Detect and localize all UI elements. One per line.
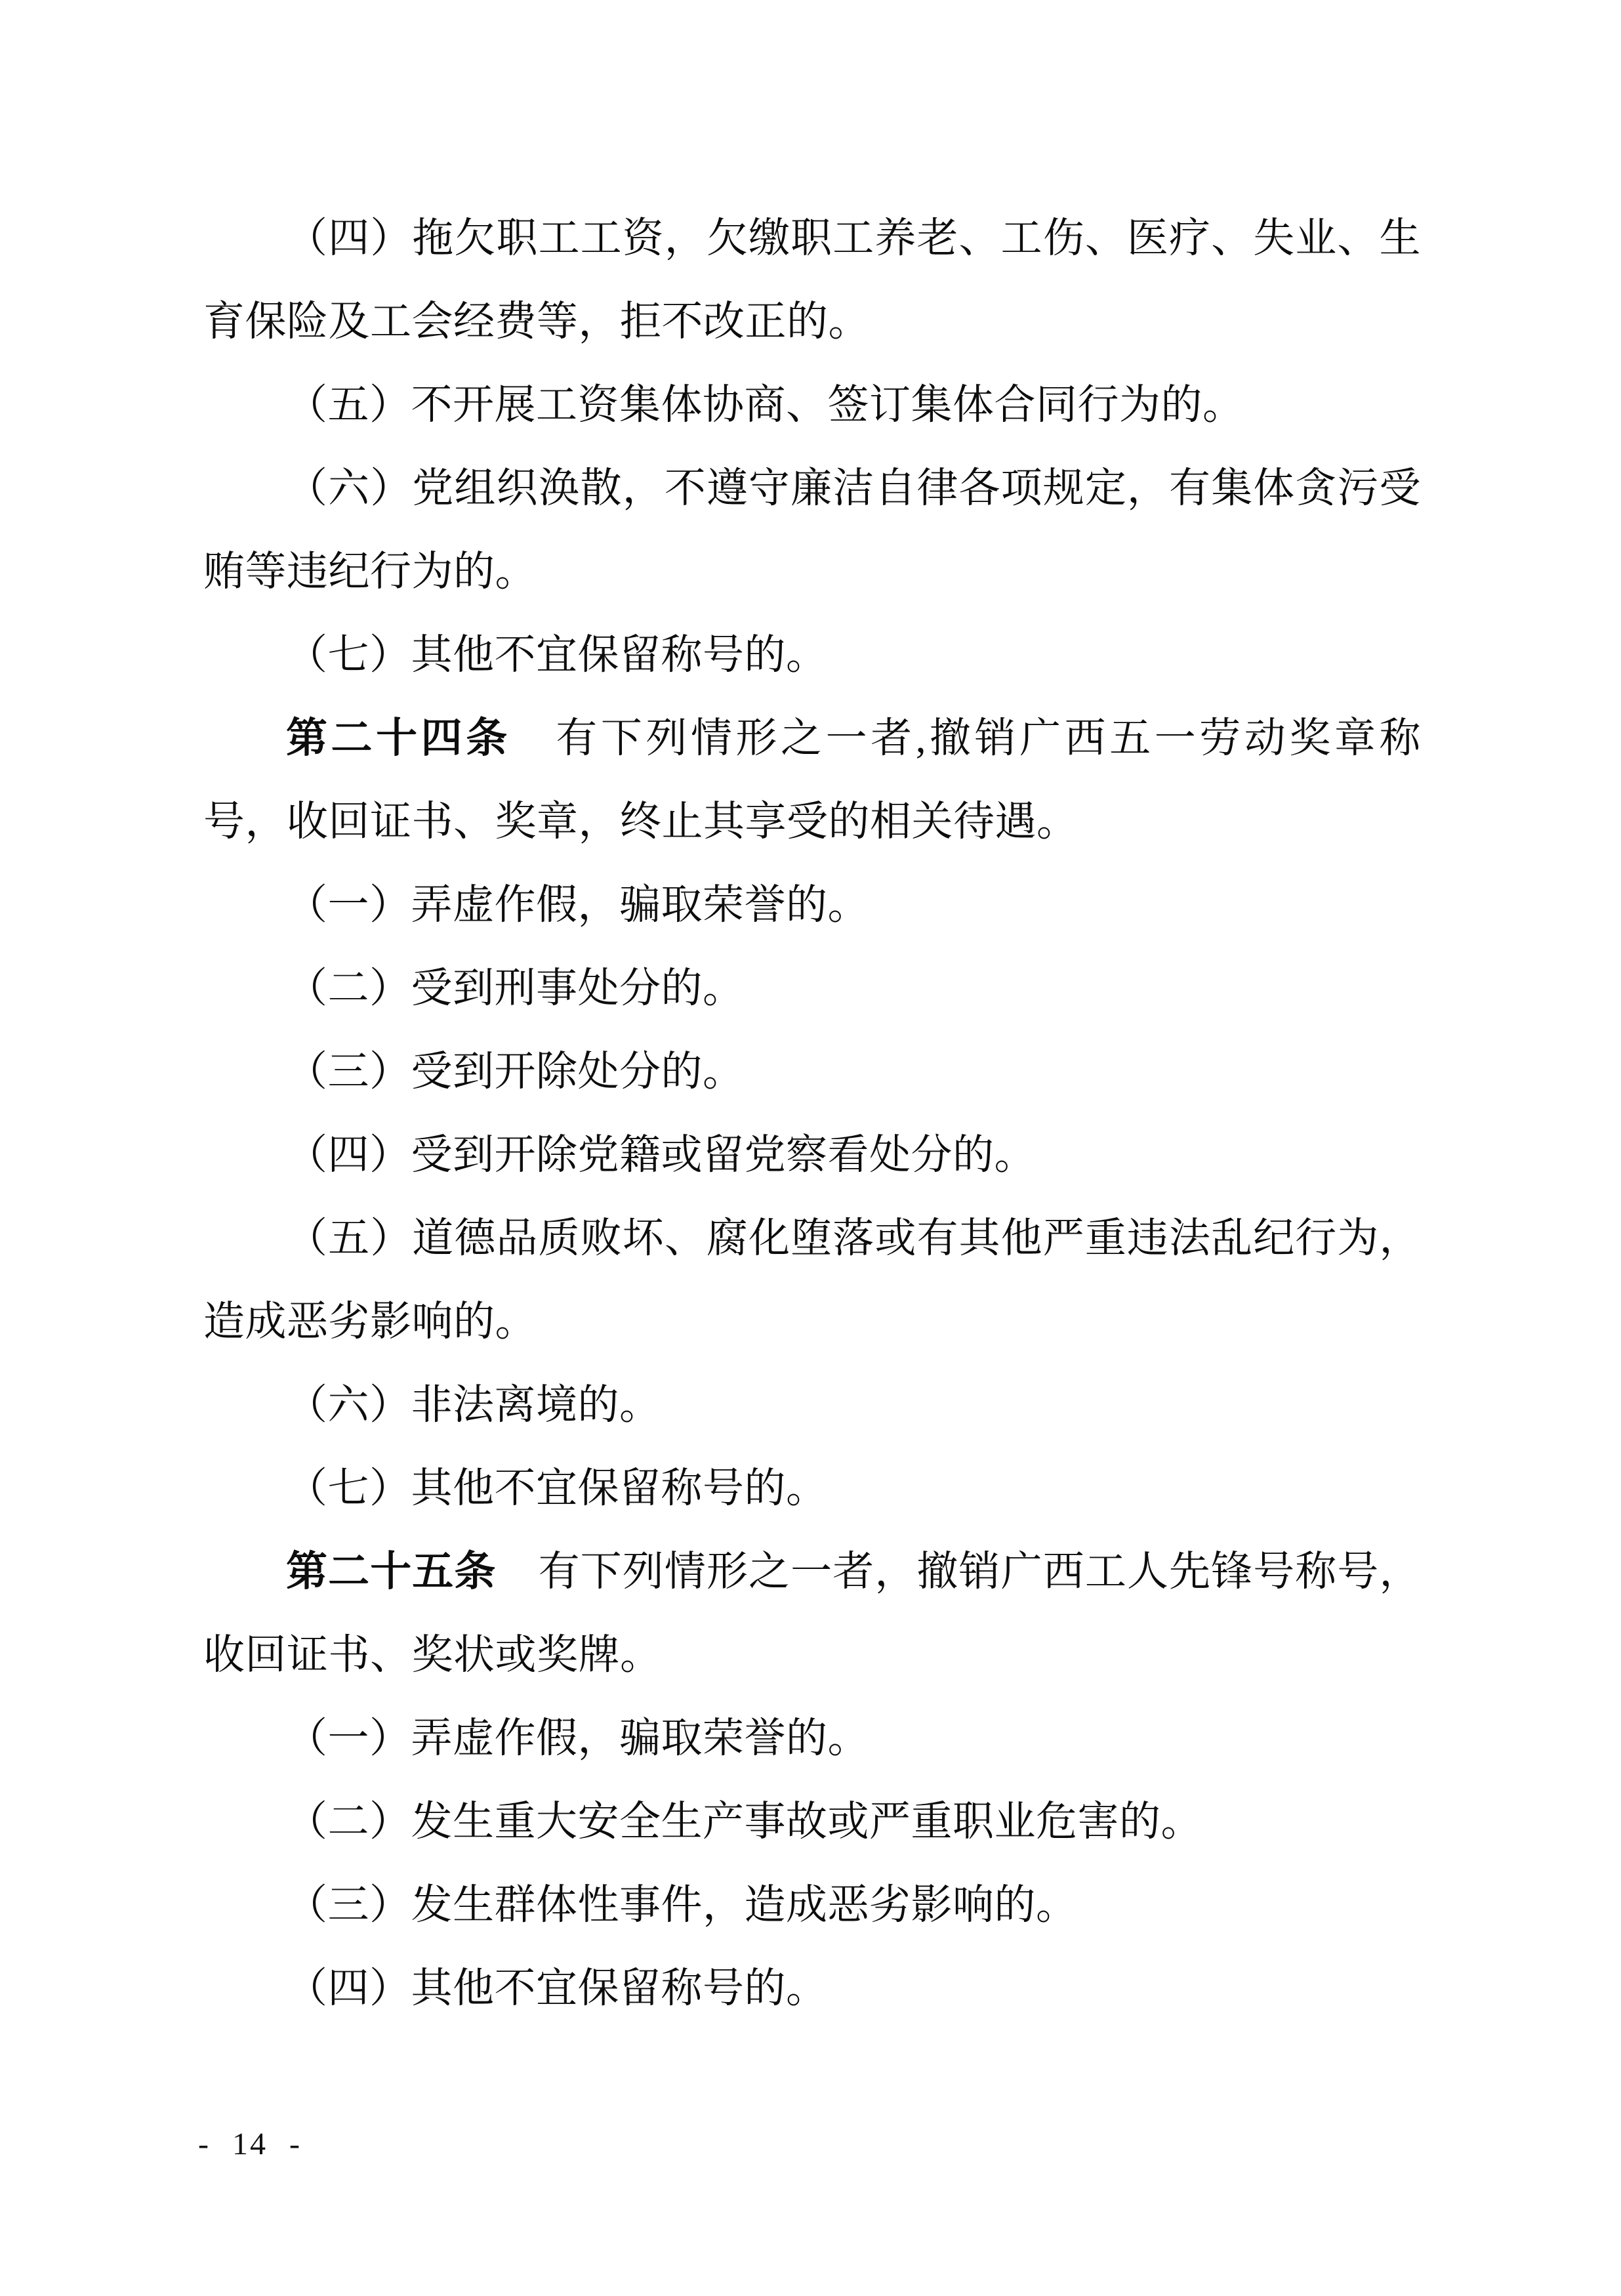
article-number: 第二十五条 — [286, 1549, 496, 1595]
paragraph-text: （二）发生重大安全生产事故或严重职业危害的。 — [286, 1799, 1202, 1845]
paragraph-text: （一）弄虚作假，骗取荣誉的。 — [286, 1715, 869, 1761]
paragraph-text: （三）发生群体性事件，造成恶劣影响的。 — [286, 1882, 1078, 1928]
paragraph-text: （一）弄虚作假，骗取荣誉的。 — [286, 882, 869, 928]
paragraph: （七）其他不宜保留称号的。 — [203, 1447, 1421, 1530]
paragraph-text: （四）受到开除党籍或留党察看处分的。 — [286, 1132, 1036, 1178]
paragraph: （五）道德品质败坏、腐化堕落或有其他严重违法乱纪行为，造成恶劣影响的。 — [203, 1197, 1421, 1364]
document-page: （四）拖欠职工工资，欠缴职工养老、工伤、医疗、失业、生育保险及工会经费等，拒不改… — [0, 0, 1621, 2296]
paragraph: （三）受到开除处分的。 — [203, 1030, 1421, 1114]
paragraph: （一）弄虚作假，骗取荣誉的。 — [203, 864, 1421, 947]
paragraph-text: （二）受到刑事处分的。 — [286, 965, 745, 1011]
paragraph-text: （六）党组织涣散，不遵守廉洁自律各项规定，有集体贪污受贿等违纪行为的。 — [203, 465, 1421, 595]
paragraph-text: （七）其他不宜保留称号的。 — [286, 1465, 828, 1511]
paragraph-text: （四）其他不宜保留称号的。 — [286, 1965, 828, 2011]
paragraph: 第二十四条 有下列情形之一者,撤销广西五一劳动奖章称号，收回证书、奖章，终止其享… — [203, 697, 1421, 864]
paragraph: 第二十五条 有下列情形之一者，撤销广西工人先锋号称号，收回证书、奖状或奖牌。 — [203, 1530, 1421, 1697]
paragraph: （七）其他不宜保留称号的。 — [203, 614, 1421, 697]
paragraph: （三）发生群体性事件，造成恶劣影响的。 — [203, 1864, 1421, 1947]
paragraph: （六）党组织涣散，不遵守廉洁自律各项规定，有集体贪污受贿等违纪行为的。 — [203, 447, 1421, 614]
paragraph: （五）不开展工资集体协商、签订集体合同行为的。 — [203, 364, 1421, 447]
paragraph-text: （五）道德品质败坏、腐化堕落或有其他严重违法乱纪行为，造成恶劣影响的。 — [203, 1215, 1421, 1345]
page-number: - 14 - — [198, 2125, 302, 2164]
paragraph-text: （五）不开展工资集体协商、签订集体合同行为的。 — [286, 382, 1244, 428]
paragraph: （二）发生重大安全生产事故或严重职业危害的。 — [203, 1780, 1421, 1864]
paragraph: （四）其他不宜保留称号的。 — [203, 1947, 1421, 2030]
document-body: （四）拖欠职工工资，欠缴职工养老、工伤、医疗、失业、生育保险及工会经费等，拒不改… — [203, 197, 1421, 2030]
paragraph: （四）拖欠职工工资，欠缴职工养老、工伤、医疗、失业、生育保险及工会经费等，拒不改… — [203, 197, 1421, 364]
paragraph-text: （三）受到开除处分的。 — [286, 1049, 745, 1095]
paragraph-text: （四）拖欠职工工资，欠缴职工养老、工伤、医疗、失业、生育保险及工会经费等，拒不改… — [203, 215, 1421, 344]
paragraph: （一）弄虚作假，骗取荣誉的。 — [203, 1697, 1421, 1780]
paragraph: （二）受到刑事处分的。 — [203, 947, 1421, 1030]
paragraph: （六）非法离境的。 — [203, 1364, 1421, 1447]
paragraph: （四）受到开除党籍或留党察看处分的。 — [203, 1114, 1421, 1197]
paragraph-text: （七）其他不宜保留称号的。 — [286, 632, 828, 678]
paragraph-text: （六）非法离境的。 — [286, 1382, 661, 1428]
article-number: 第二十四条 — [286, 715, 511, 761]
